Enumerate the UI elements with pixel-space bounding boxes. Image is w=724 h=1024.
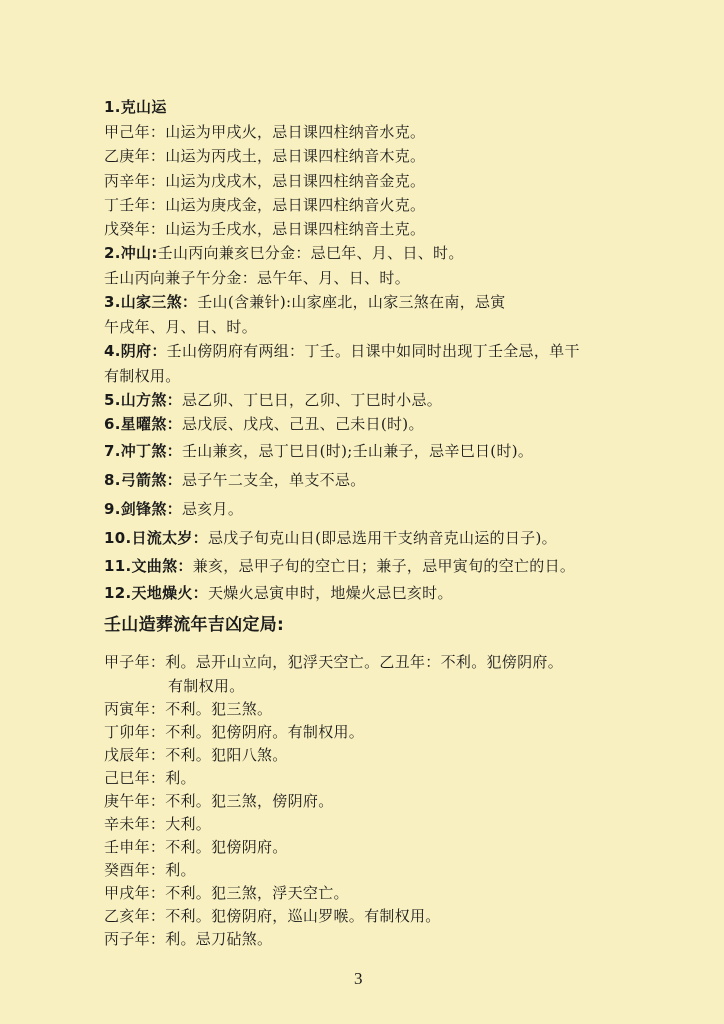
section-text: 壬山兼亥，忌丁巳日(时);壬山兼子，忌辛巳日(时)。 <box>182 442 533 460</box>
section-item: 7.冲丁煞：壬山兼亥，忌丁巳日(时);壬山兼子，忌辛巳日(时)。 <box>104 441 533 461</box>
section-text: 忌乙卯、丁巳日，乙卯、丁巳时小忌。 <box>182 391 442 409</box>
text-line: 戊癸年：山运为壬戌水，忌日课四柱纳音土克。 <box>104 219 425 239</box>
section-item: 5.山方煞：忌乙卯、丁巳日，乙卯、丁巳时小忌。 <box>104 390 442 410</box>
fortune-row: 丙寅年：不利。犯三煞。 <box>104 699 272 719</box>
section-label: 9.剑锋煞： <box>104 500 182 518</box>
text-line: 甲己年：山运为甲戌火，忌日课四柱纳音水克。 <box>104 122 425 142</box>
section-heading: 1.克山运 <box>104 97 167 117</box>
fortune-row: 庚午年：不利。犯三煞，傍阴府。 <box>104 791 334 811</box>
section-item: 4.阴府：壬山傍阴府有两组：丁壬。日课中如同时出现丁壬全忌，单干 <box>104 341 580 361</box>
fortune-heading: 壬山造葬流年吉凶定局: <box>104 615 284 635</box>
fortune-row: 有制权用。 <box>168 676 245 696</box>
fortune-row: 甲戌年：不利。犯三煞，浮天空亡。 <box>104 883 349 903</box>
section-text: 壬山傍阴府有两组：丁壬。日课中如同时出现丁壬全忌，单干 <box>167 342 580 360</box>
text-line: 午戌年、月、日、时。 <box>104 317 257 337</box>
text-line: 丁壬年：山运为庚戌金，忌日课四柱纳音火克。 <box>104 195 425 215</box>
section-label: 10.日流太岁： <box>104 529 208 547</box>
section-label: 11.文曲煞： <box>104 557 193 575</box>
section-text: 兼亥，忌甲子旬的空亡日；兼子，忌甲寅旬的空亡的日。 <box>193 557 576 575</box>
section-label: 3.山家三煞： <box>104 293 197 311</box>
fortune-row: 辛未年：大利。 <box>104 814 211 834</box>
text-line: 丙辛年：山运为戊戌木，忌日课四柱纳音金克。 <box>104 171 425 191</box>
fortune-row: 丁卯年：不利。犯傍阴府。有制权用。 <box>104 722 364 742</box>
fortune-row: 己巳年：利。 <box>104 768 196 788</box>
section-text: 忌戊子旬克山日(即忌选用干支纳音克山运的日子)。 <box>208 529 557 547</box>
fortune-row: 丙子年：利。忌刀砧煞。 <box>104 929 272 949</box>
section-item: 12.天地燥火：天燥火忌寅申时，地燥火忌巳亥时。 <box>104 583 453 603</box>
section-item: 10.日流太岁：忌戊子旬克山日(即忌选用干支纳音克山运的日子)。 <box>104 528 557 548</box>
fortune-row: 戊辰年：不利。犯阳八煞。 <box>104 745 288 765</box>
section-text: 忌戊辰、戊戌、己丑、己未日(时)。 <box>182 415 424 433</box>
fortune-row: 乙亥年：不利。犯傍阴府，巡山罗喉。有制权用。 <box>104 906 441 926</box>
section-label: 5.山方煞： <box>104 391 182 409</box>
section-text: 壬山丙向兼亥巳分金：忌巳年、月、日、时。 <box>158 244 464 262</box>
section-item: 2.冲山:壬山丙向兼亥巳分金：忌巳年、月、日、时。 <box>104 243 464 263</box>
fortune-row: 癸酉年：利。 <box>104 860 196 880</box>
section-item: 6.星曜煞：忌戊辰、戊戌、己丑、己未日(时)。 <box>104 414 424 434</box>
section-text: 忌子午二支全，单支不忌。 <box>182 471 366 489</box>
section-item: 8.弓箭煞：忌子午二支全，单支不忌。 <box>104 470 366 490</box>
document-page: 1.克山运 甲己年：山运为甲戌火，忌日课四柱纳音水克。 乙庚年：山运为丙戌土，忌… <box>0 0 724 1024</box>
section-label: 4.阴府： <box>104 342 167 360</box>
section-text: 天燥火忌寅申时，地燥火忌巳亥时。 <box>208 584 453 602</box>
fortune-row: 甲子年：利。忌开山立向，犯浮天空亡。乙丑年：不利。犯傍阴府。 <box>104 652 563 672</box>
section-text: 壬山(含兼针):山家座北，山家三煞在南，忌寅 <box>197 293 505 311</box>
section-item: 11.文曲煞：兼亥，忌甲子旬的空亡日；兼子，忌甲寅旬的空亡的日。 <box>104 556 575 576</box>
section-label: 6.星曜煞： <box>104 415 182 433</box>
text-line: 乙庚年：山运为丙戌土，忌日课四柱纳音木克。 <box>104 146 425 166</box>
section-label: 12.天地燥火： <box>104 584 208 602</box>
section-label: 2.冲山: <box>104 244 158 262</box>
section-label: 7.冲丁煞： <box>104 442 182 460</box>
section-item: 3.山家三煞：壬山(含兼针):山家座北，山家三煞在南，忌寅 <box>104 292 506 312</box>
section-text: 忌亥月。 <box>182 500 243 518</box>
page-number: 3 <box>354 969 363 989</box>
text-line: 壬山丙向兼子午分金：忌午年、月、日、时。 <box>104 268 410 288</box>
text-line: 有制权用。 <box>104 366 181 386</box>
fortune-row: 壬申年：不利。犯傍阴府。 <box>104 837 288 857</box>
section-item: 9.剑锋煞：忌亥月。 <box>104 499 243 519</box>
section-label: 8.弓箭煞： <box>104 471 182 489</box>
